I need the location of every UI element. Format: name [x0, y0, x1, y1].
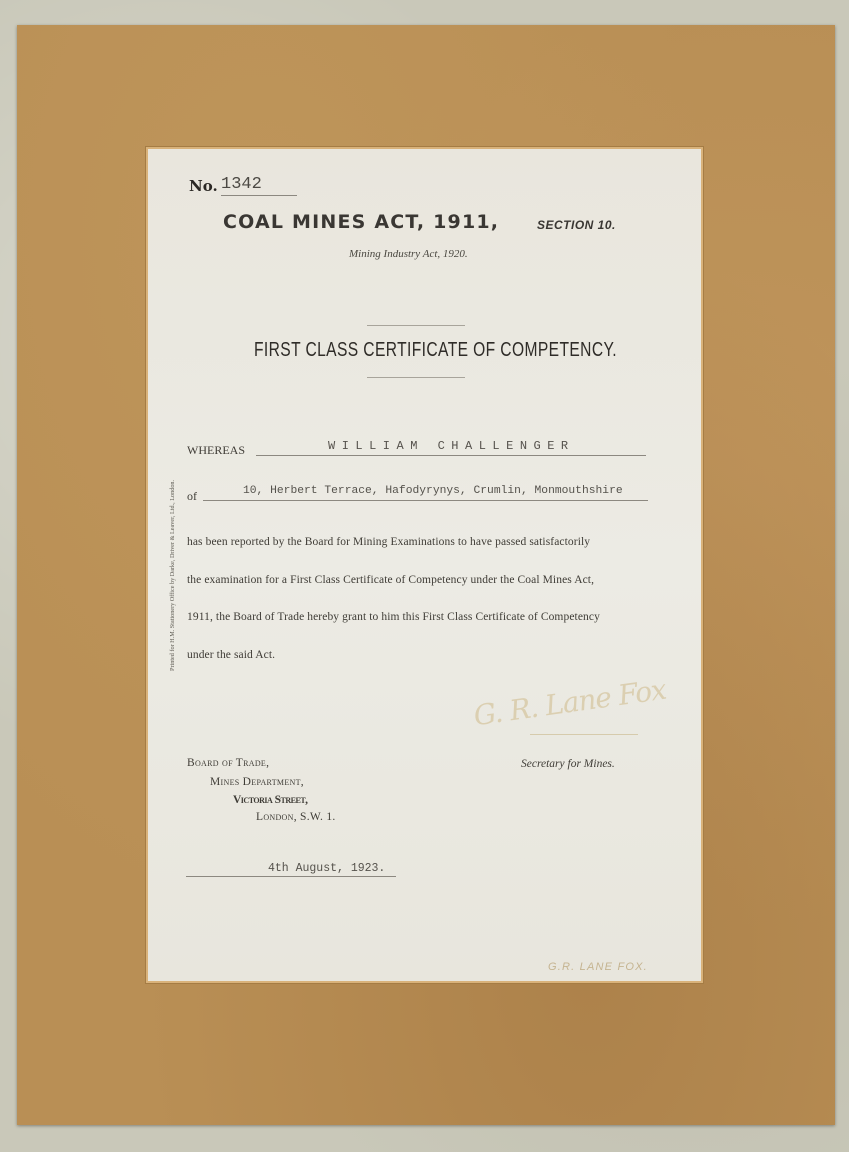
heading-rule-bottom	[367, 377, 465, 378]
act-subtitle: Mining Industry Act, 1920.	[349, 248, 468, 260]
whereas-label: WHEREAS	[187, 443, 245, 458]
issue-date: 4th August, 1923.	[268, 862, 385, 875]
body-text-line: has been reported by the Board for Minin…	[187, 536, 590, 548]
body-text-line: the examination for a First Class Certif…	[187, 574, 594, 586]
body-text-line: 1911, the Board of Trade hereby grant to…	[187, 611, 600, 623]
holder-address: 10, Herbert Terrace, Hafodyrynys, Crumli…	[243, 485, 623, 497]
certificate-number: 1342	[221, 175, 297, 196]
issuer-board-of-trade: Board of Trade,	[187, 757, 269, 769]
certificate-number-label: No.	[189, 177, 218, 195]
pencil-annotation: G.R. LANE FOX.	[548, 961, 648, 973]
printer-note: Printed for H.M. Stationery Office by Da…	[169, 480, 176, 671]
signature: G. R. Lane Fox	[472, 673, 668, 733]
act-section: SECTION 10.	[537, 218, 616, 232]
act-title: COAL MINES ACT, 1911,	[223, 211, 499, 233]
heading-rule-top	[367, 325, 465, 326]
signature-rule	[530, 734, 638, 735]
signatory-title: Secretary for Mines.	[521, 758, 615, 770]
issuer-mines-department: Mines Department,	[210, 776, 304, 788]
holder-name: WILLIAM CHALLENGER	[328, 439, 575, 453]
issuer-london: London, S.W. 1.	[256, 811, 336, 823]
issuer-street-struck: Victoria Street,	[233, 794, 308, 806]
certificate-heading: FIRST CLASS CERTIFICATE OF COMPETENCY.	[254, 339, 617, 362]
certificate-document: No. 1342 COAL MINES ACT, 1911, SECTION 1…	[148, 149, 701, 981]
body-text-line: under the said Act.	[187, 649, 275, 661]
of-label: of	[187, 489, 197, 504]
